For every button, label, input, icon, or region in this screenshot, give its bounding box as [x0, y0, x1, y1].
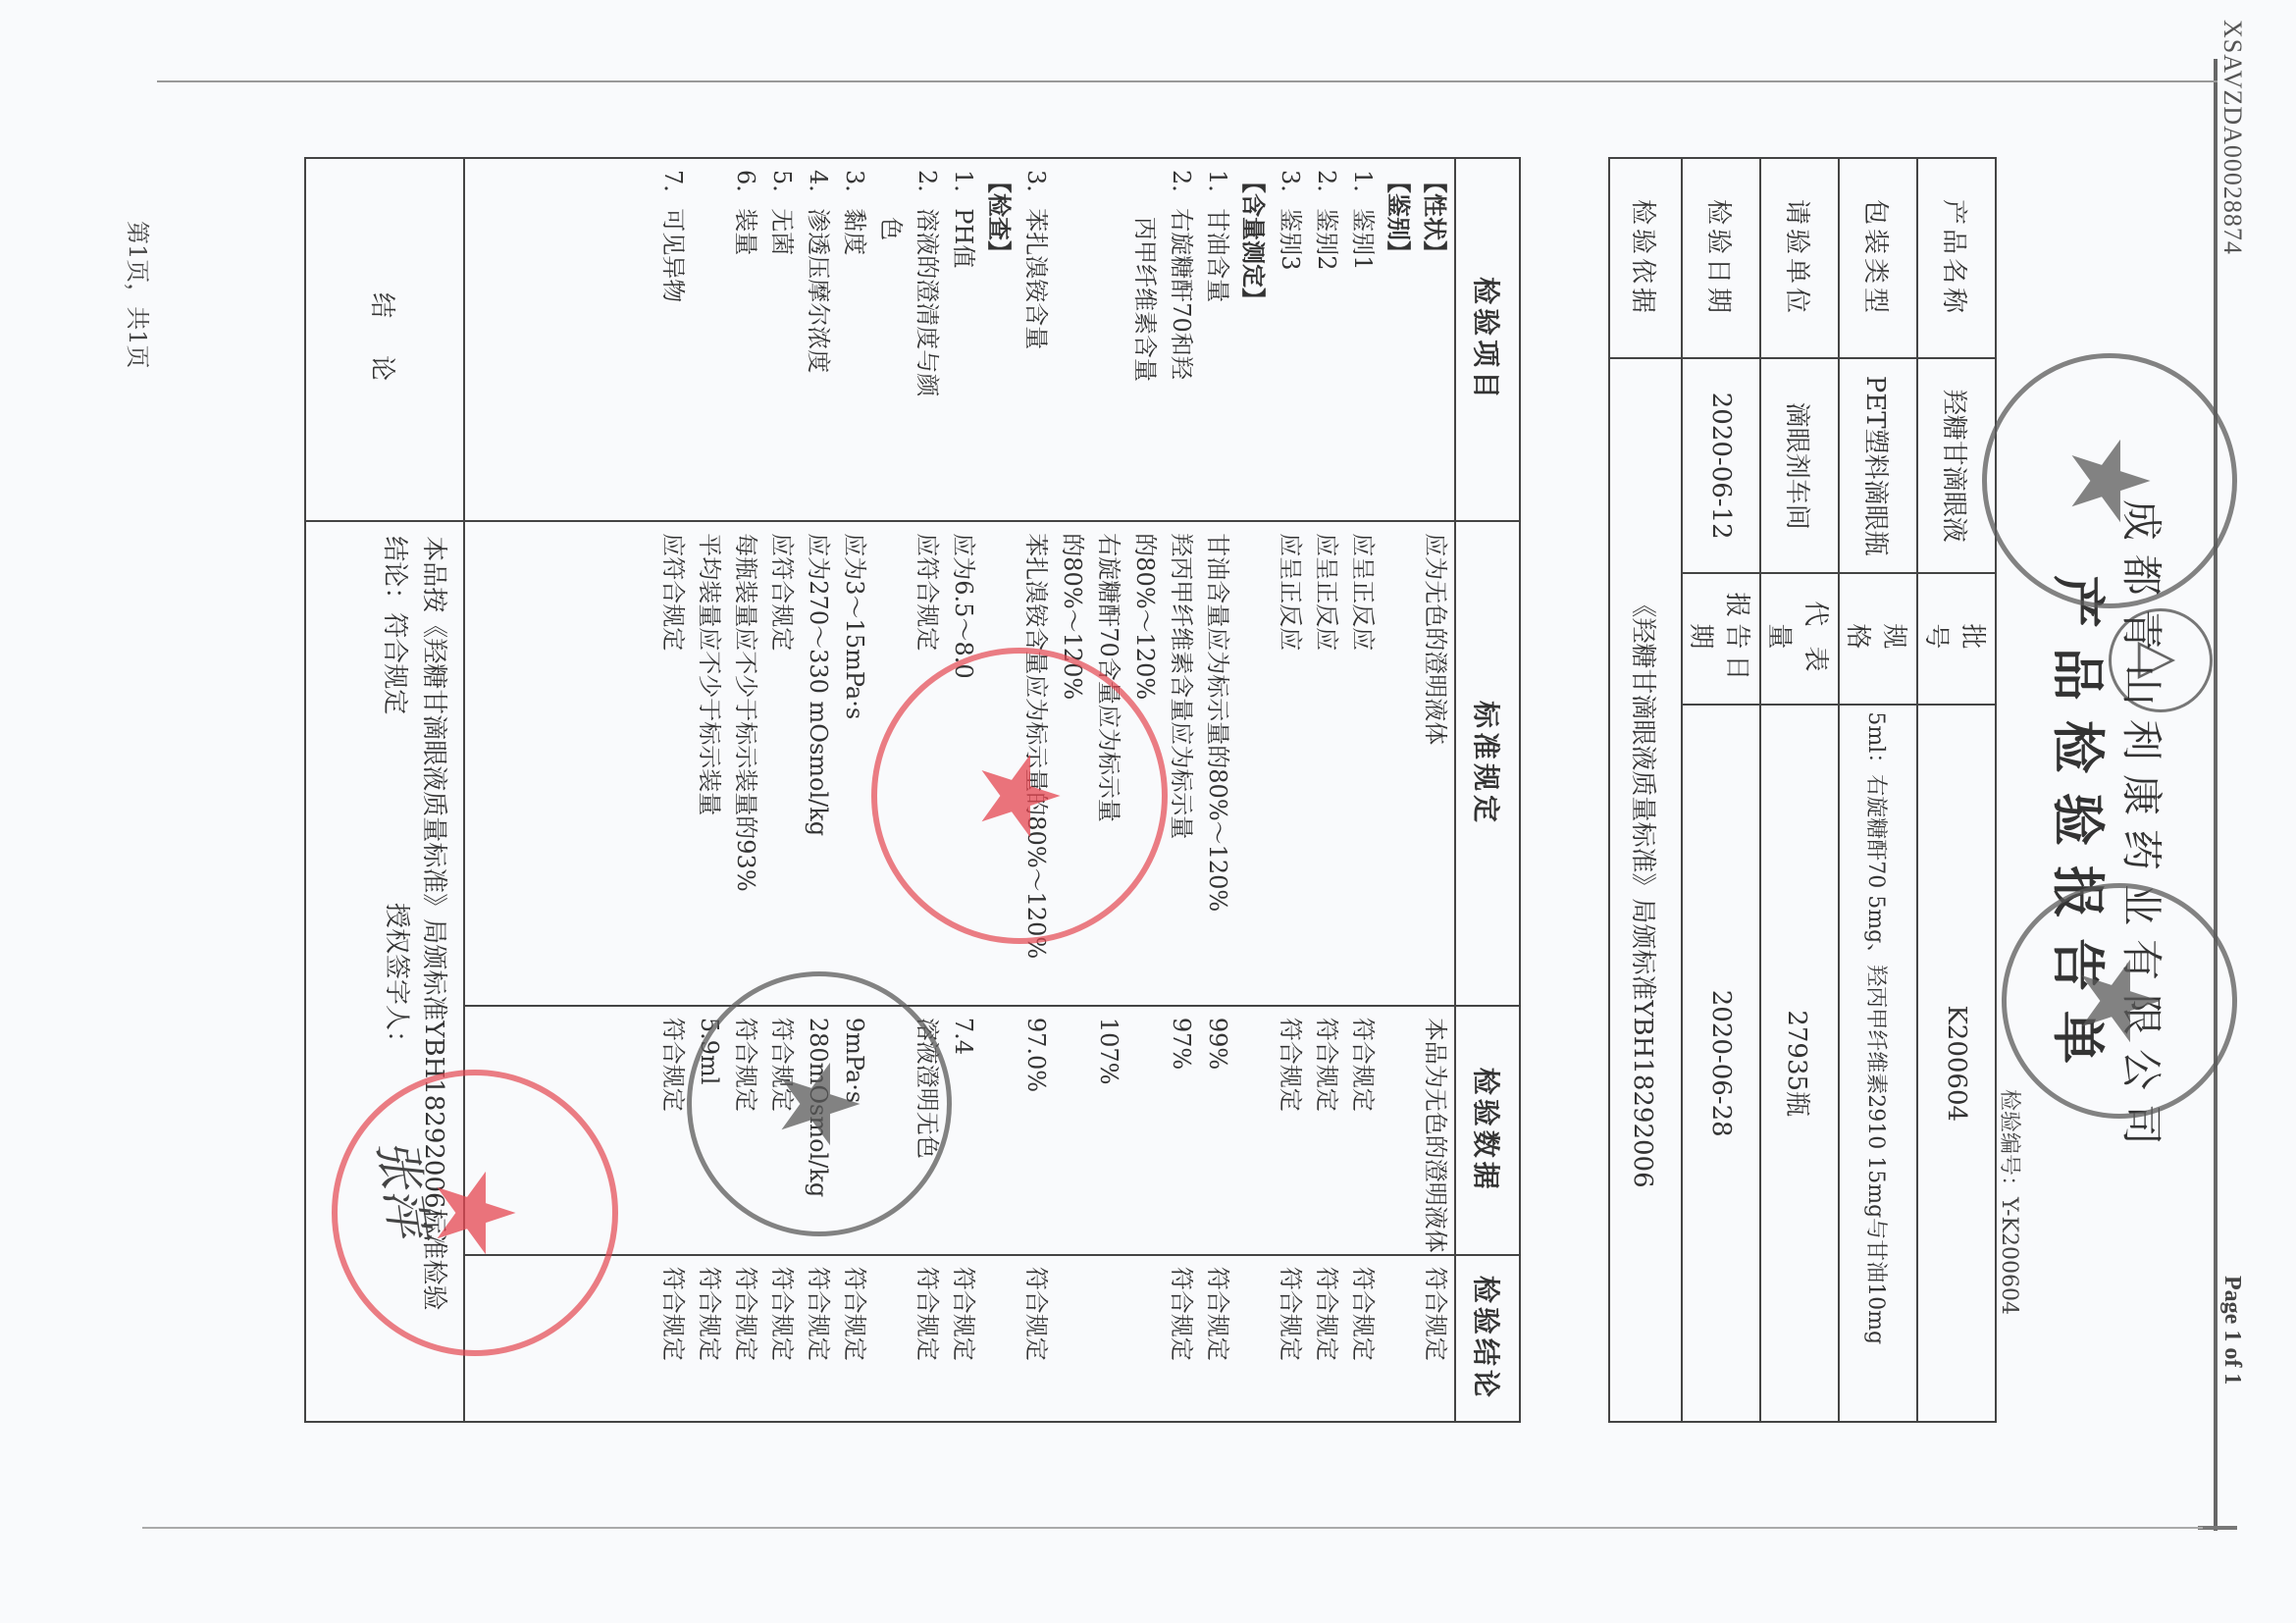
row-conclusion — [1126, 1257, 1163, 1420]
inspection-report-page: XSAVZDA00028874 Page 1 of 1 △ 成都青山利康药业有限… — [0, 0, 2296, 1623]
row-item: 色 — [872, 160, 909, 519]
row-data: 符合规定 — [654, 1008, 691, 1253]
row-data: 97% — [1163, 1008, 1199, 1253]
row-conclusion — [872, 1257, 909, 1420]
requester-label: 请验单位 — [1760, 158, 1839, 358]
row-data: 本品为无色的澄明液体 — [1417, 1008, 1453, 1253]
row-item: 4．渗透压摩尔浓度 — [800, 160, 836, 519]
row-item: 2．鉴别2 — [1308, 160, 1344, 519]
conclusion-column: 符合规定符合规定符合规定符合规定符合规定符合规定符合规定符合规定符合规定符合规定… — [464, 1255, 1455, 1422]
star-icon: ★ — [421, 1165, 529, 1262]
header-conclusion: 检验结论 — [1455, 1255, 1520, 1422]
item-column: 【性状】【鉴别】1．鉴别12．鉴别23．鉴别3【含量测定】1．甘油含量2．右旋糖… — [464, 158, 1455, 521]
row-item: 【检查】 — [981, 160, 1018, 519]
row-std: 应呈正反应 — [1344, 523, 1381, 1004]
row-std: 应为3～15mPa·s — [836, 523, 872, 1004]
row-item: 1．甘油含量 — [1199, 160, 1235, 519]
row-data — [1381, 1008, 1417, 1253]
row-conclusion — [1054, 1257, 1090, 1420]
row-item: 3．黏度 — [836, 160, 872, 519]
document-id: XSAVZDA00028874 — [2218, 20, 2247, 255]
header-data: 检验数据 — [1455, 1006, 1520, 1255]
star-icon: ★ — [765, 1056, 873, 1153]
product-name-label: 产品名称 — [1917, 158, 1996, 358]
row-conclusion: 符合规定 — [800, 1257, 836, 1420]
row-conclusion: 符合规定 — [1199, 1257, 1235, 1420]
row-item: 6．装量 — [727, 160, 763, 519]
row-data: 符合规定 — [1308, 1008, 1344, 1253]
row-conclusion: 符合规定 — [909, 1257, 945, 1420]
basis-label: 检验依据 — [1609, 158, 1682, 358]
row-conclusion: 符合规定 — [1163, 1257, 1199, 1420]
company-stamp: ★ — [1982, 353, 2237, 608]
row-conclusion: 符合规定 — [654, 1257, 691, 1420]
top-divider — [2214, 59, 2218, 1531]
row-std: 应呈正反应 — [1308, 523, 1344, 1004]
row-std: 应为无色的澄明液体 — [1417, 523, 1453, 1004]
row-conclusion: 符合规定 — [727, 1257, 763, 1420]
row-conclusion: 符合规定 — [763, 1257, 800, 1420]
edge-mark — [2198, 1526, 2237, 1530]
row-data — [1054, 1008, 1090, 1253]
row-conclusion — [1090, 1257, 1126, 1420]
report-date-label: 报告日期 — [1682, 573, 1760, 705]
row-item — [1090, 160, 1126, 519]
row-item: 5．无菌 — [763, 160, 800, 519]
requester: 滴眼剂车间 — [1760, 358, 1839, 573]
row-item: 3．鉴别3 — [1272, 160, 1308, 519]
row-item: 2．右旋糖酐70和羟 — [1163, 160, 1199, 519]
row-conclusion: 符合规定 — [1018, 1257, 1054, 1420]
row-data: 99% — [1199, 1008, 1235, 1253]
row-conclusion — [1381, 1257, 1417, 1420]
row-item: 1．鉴别1 — [1344, 160, 1381, 519]
row-item: 7．可见异物 — [654, 160, 691, 519]
row-data — [1235, 1008, 1272, 1253]
row-conclusion: 符合规定 — [836, 1257, 872, 1420]
row-conclusion — [981, 1257, 1018, 1420]
star-icon: ★ — [965, 748, 1073, 845]
row-item: 【含量测定】 — [1235, 160, 1272, 519]
row-item: 2．溶液的澄清度与颜 — [909, 160, 945, 519]
row-std: 每瓶装量应不少于标示装量的93% — [727, 523, 763, 1004]
header-item: 检验项目 — [1455, 158, 1520, 521]
page-indicator: Page 1 of 1 — [2218, 1276, 2245, 1385]
row-conclusion: 符合规定 — [1417, 1257, 1453, 1420]
specification: 5ml：右旋糖酐70 5mg、羟丙甲纤维素2910 15mg与甘油10mg — [1839, 705, 1917, 1422]
row-std: 应符合规定 — [763, 523, 800, 1004]
report-number: 检验编号：Y-K200604 — [1996, 1089, 2026, 1315]
row-data — [1126, 1008, 1163, 1253]
row-conclusion: 符合规定 — [691, 1257, 727, 1420]
row-conclusion: 符合规定 — [1272, 1257, 1308, 1420]
row-std: 甘油含量应为标示量的80%～120% — [1199, 523, 1235, 1004]
batch-label: 批 号 — [1917, 573, 1996, 705]
scan-edge-right — [142, 1527, 2203, 1529]
row-std: 羟丙甲纤维素含量应为标示量 — [1163, 523, 1199, 1004]
row-data: 符合规定 — [1272, 1008, 1308, 1253]
row-data: 符合规定 — [1344, 1008, 1381, 1253]
sample-quantity: 27935瓶 — [1760, 705, 1839, 1422]
row-item — [691, 160, 727, 519]
row-item: 丙甲纤维素含量 — [1126, 160, 1163, 519]
test-date: 2020-06-12 — [1682, 358, 1760, 573]
row-item: 3．苯扎溴铵含量 — [1018, 160, 1054, 519]
conclusion-label: 结 论 — [305, 158, 464, 521]
star-icon: ★ — [2065, 953, 2173, 1050]
row-item — [1054, 160, 1090, 519]
row-std: 应为270～330 mOsmol/kg — [800, 523, 836, 1004]
report-date: 2020-06-28 — [1682, 705, 1760, 1422]
distributor-stamp-2: ★ — [687, 971, 952, 1236]
distributor-stamp-1: ★ — [871, 648, 1168, 944]
row-std — [1235, 523, 1272, 1004]
row-data: 107% — [1090, 1008, 1126, 1253]
row-item: 1．PH值 — [945, 160, 981, 519]
test-basis: 《羟糖甘滴眼液质量标准》局颁标准YBH18292006 — [1609, 358, 1682, 1422]
row-conclusion — [1235, 1257, 1272, 1420]
package-type: PET塑料滴眼瓶 — [1839, 358, 1917, 573]
scan-edge-left — [157, 80, 2218, 82]
row-conclusion: 符合规定 — [945, 1257, 981, 1420]
star-icon: ★ — [2056, 433, 2164, 530]
footer-page-number: 第1页，共1页 — [123, 221, 157, 369]
report-stamp: ★ — [2002, 883, 2237, 1119]
row-std — [1381, 523, 1417, 1004]
row-std: 平均装量应不少于标示装量 — [691, 523, 727, 1004]
row-std: 应符合规定 — [654, 523, 691, 1004]
spec-label: 规 格 — [1839, 573, 1917, 705]
sample-qty-label: 代 表 量 — [1760, 573, 1839, 705]
row-data: 97.0% — [1018, 1008, 1054, 1253]
row-item: 【鉴别】 — [1381, 160, 1417, 519]
distributor-stamp-3: ★ — [332, 1070, 618, 1356]
test-date-label: 检验日期 — [1682, 158, 1760, 358]
header-table: 产品名称 羟糖甘滴眼液 批 号 K200604 包装类型 PET塑料滴眼瓶 规 … — [1608, 157, 1997, 1423]
row-conclusion: 符合规定 — [1344, 1257, 1381, 1420]
package-label: 包装类型 — [1839, 158, 1917, 358]
row-std: 应呈正反应 — [1272, 523, 1308, 1004]
row-conclusion: 符合规定 — [1308, 1257, 1344, 1420]
row-data: 7.4 — [945, 1008, 981, 1253]
row-data — [981, 1008, 1018, 1253]
row-item: 【性状】 — [1417, 160, 1453, 519]
signer-label: 授权签字人： — [381, 903, 417, 1056]
batch-number: K200604 — [1917, 705, 1996, 1422]
header-standard: 标准规定 — [1455, 521, 1520, 1006]
